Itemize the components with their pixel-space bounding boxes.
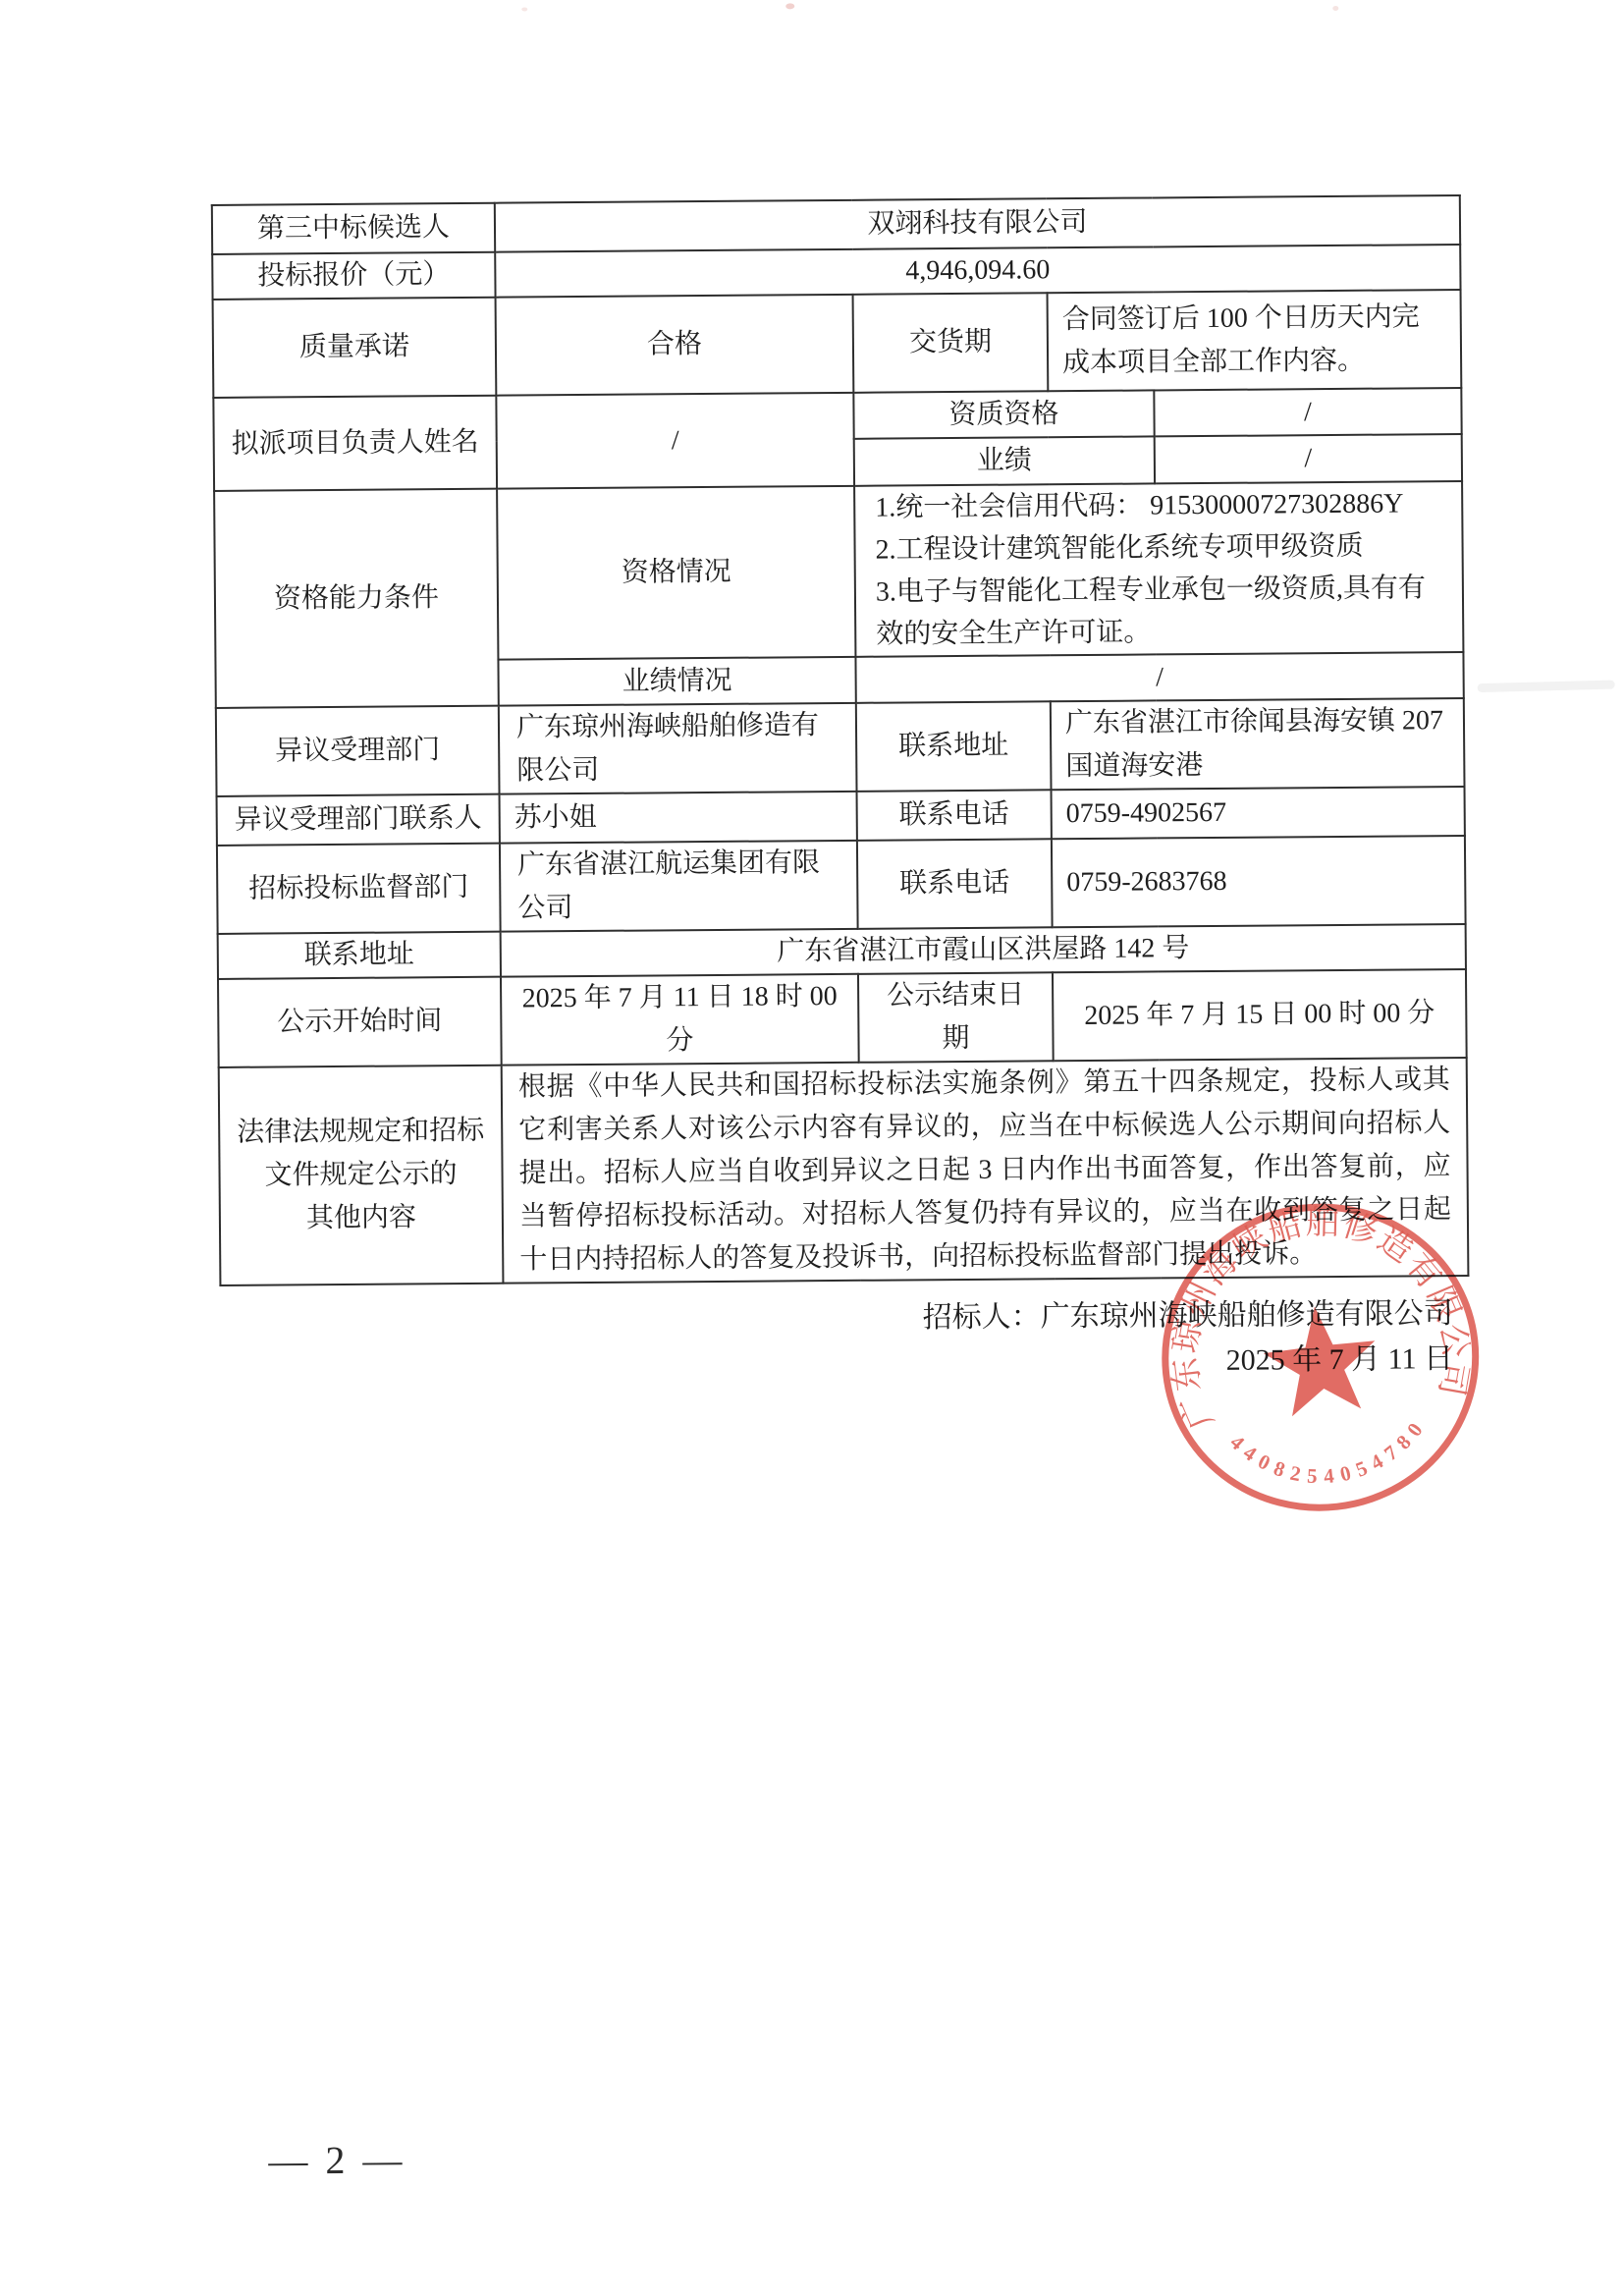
scan-artifact [1332, 6, 1338, 11]
page-number: — 2 — [239, 2136, 435, 2184]
third-candidate-value: 双翊科技有限公司 [495, 195, 1460, 252]
objection-phone-label: 联系电话 [857, 790, 1052, 841]
objection-dept-value: 广东琼州海峡船舶修造有限公司 [499, 703, 857, 794]
quality-value: 合格 [496, 295, 854, 396]
publicity-end-value: 2025 年 7 月 15 日 00 时 00 分 [1053, 969, 1467, 1061]
delivery-label: 交货期 [853, 293, 1049, 393]
objection-dept-label: 异议受理部门 [216, 706, 500, 796]
performance-status-label: 业绩情况 [498, 657, 855, 706]
contact-address-value: 广东省湛江市霞山区洪屋路 142 号 [501, 924, 1466, 977]
seal-star-icon [1259, 1300, 1382, 1419]
supervision-phone-label: 联系电话 [857, 839, 1053, 929]
row-supervision-dept: 招标投标监督部门 广东省湛江航运集团有限公司 联系电话 0759-2683768 [217, 836, 1466, 934]
publicity-start-value: 2025 年 7 月 11 日 18 时 00 分 [501, 974, 859, 1066]
qualification-value: / [1154, 388, 1461, 436]
supervision-phone-value: 0759-2683768 [1052, 836, 1466, 927]
row-objection-dept: 异议受理部门 广东琼州海峡船舶修造有限公司 联系地址 广东省湛江市徐闻县海安镇 … [216, 698, 1465, 796]
supervision-dept-label: 招标投标监督部门 [217, 844, 501, 934]
qualification-line: 3.电子与智能化工程专业承包一级资质,具有有效的安全生产许可证。 [876, 567, 1443, 656]
objection-addr-value: 广东省湛江市徐闻县海安镇 207 国道海安港 [1051, 698, 1465, 790]
qualification-line: 2.工程设计建筑智能化系统专项甲级资质 [875, 524, 1441, 572]
quality-label: 质量承诺 [213, 298, 497, 398]
bid-price-value: 4,946,094.60 [495, 245, 1460, 298]
objection-addr-label: 联系地址 [856, 701, 1052, 792]
scan-artifact [785, 3, 794, 9]
objection-phone-value: 0759-4902567 [1052, 787, 1465, 839]
capability-label: 资格能力条件 [214, 489, 499, 708]
document-page: 第三中标候选人 双翊科技有限公司 投标报价（元） 4,946,094.60 质量… [0, 0, 1624, 2296]
project-manager-value: / [496, 393, 854, 489]
publicity-start-label: 公示开始时间 [218, 977, 502, 1067]
qualification-line: 1.统一社会信用代码： 91530000727302886Y [875, 482, 1441, 529]
third-candidate-label: 第三中标候选人 [212, 203, 495, 254]
bid-result-table: 第三中标候选人 双翊科技有限公司 投标报价（元） 4,946,094.60 质量… [211, 194, 1470, 1286]
objection-contact-value: 苏小姐 [500, 792, 857, 844]
row-capability: 资格能力条件 资格情况 1.统一社会信用代码： 9153000072730288… [214, 481, 1463, 662]
bid-price-label: 投标报价（元） [212, 252, 495, 300]
official-seal: 广东琼州海峡船舶修造有限公司 4408254054780 [1139, 1182, 1502, 1538]
achievement-label: 业绩 [854, 436, 1155, 485]
achievement-value: / [1155, 434, 1462, 483]
supervision-dept-value: 广东省湛江航运集团有限公司 [500, 841, 858, 932]
scan-artifact [521, 7, 527, 11]
row-quality: 质量承诺 合格 交货期 合同签订后 100 个日历天内完成本项目全部工作内容。 [213, 290, 1462, 398]
contact-address-label: 联系地址 [218, 932, 501, 979]
project-manager-label: 拟派项目负责人姓名 [213, 396, 497, 491]
legal-notes-label: 法律法规规定和招标 文件规定公示的 其他内容 [219, 1066, 504, 1285]
performance-status-value: / [855, 652, 1463, 703]
delivery-value: 合同签订后 100 个日历天内完成本项目全部工作内容。 [1048, 290, 1462, 391]
qualification-label: 资质资格 [853, 390, 1154, 438]
qualification-status-label: 资格情况 [497, 486, 855, 660]
objection-contact-label: 异议受理部门联系人 [217, 794, 500, 846]
scan-artifact [1478, 681, 1615, 693]
qualification-status-value: 1.统一社会信用代码： 91530000727302886Y 2.工程设计建筑智… [854, 481, 1463, 657]
row-publicity-time: 公示开始时间 2025 年 7 月 11 日 18 时 00 分 公示结束日 期… [218, 969, 1467, 1067]
publicity-end-label: 公示结束日 期 [858, 972, 1054, 1063]
